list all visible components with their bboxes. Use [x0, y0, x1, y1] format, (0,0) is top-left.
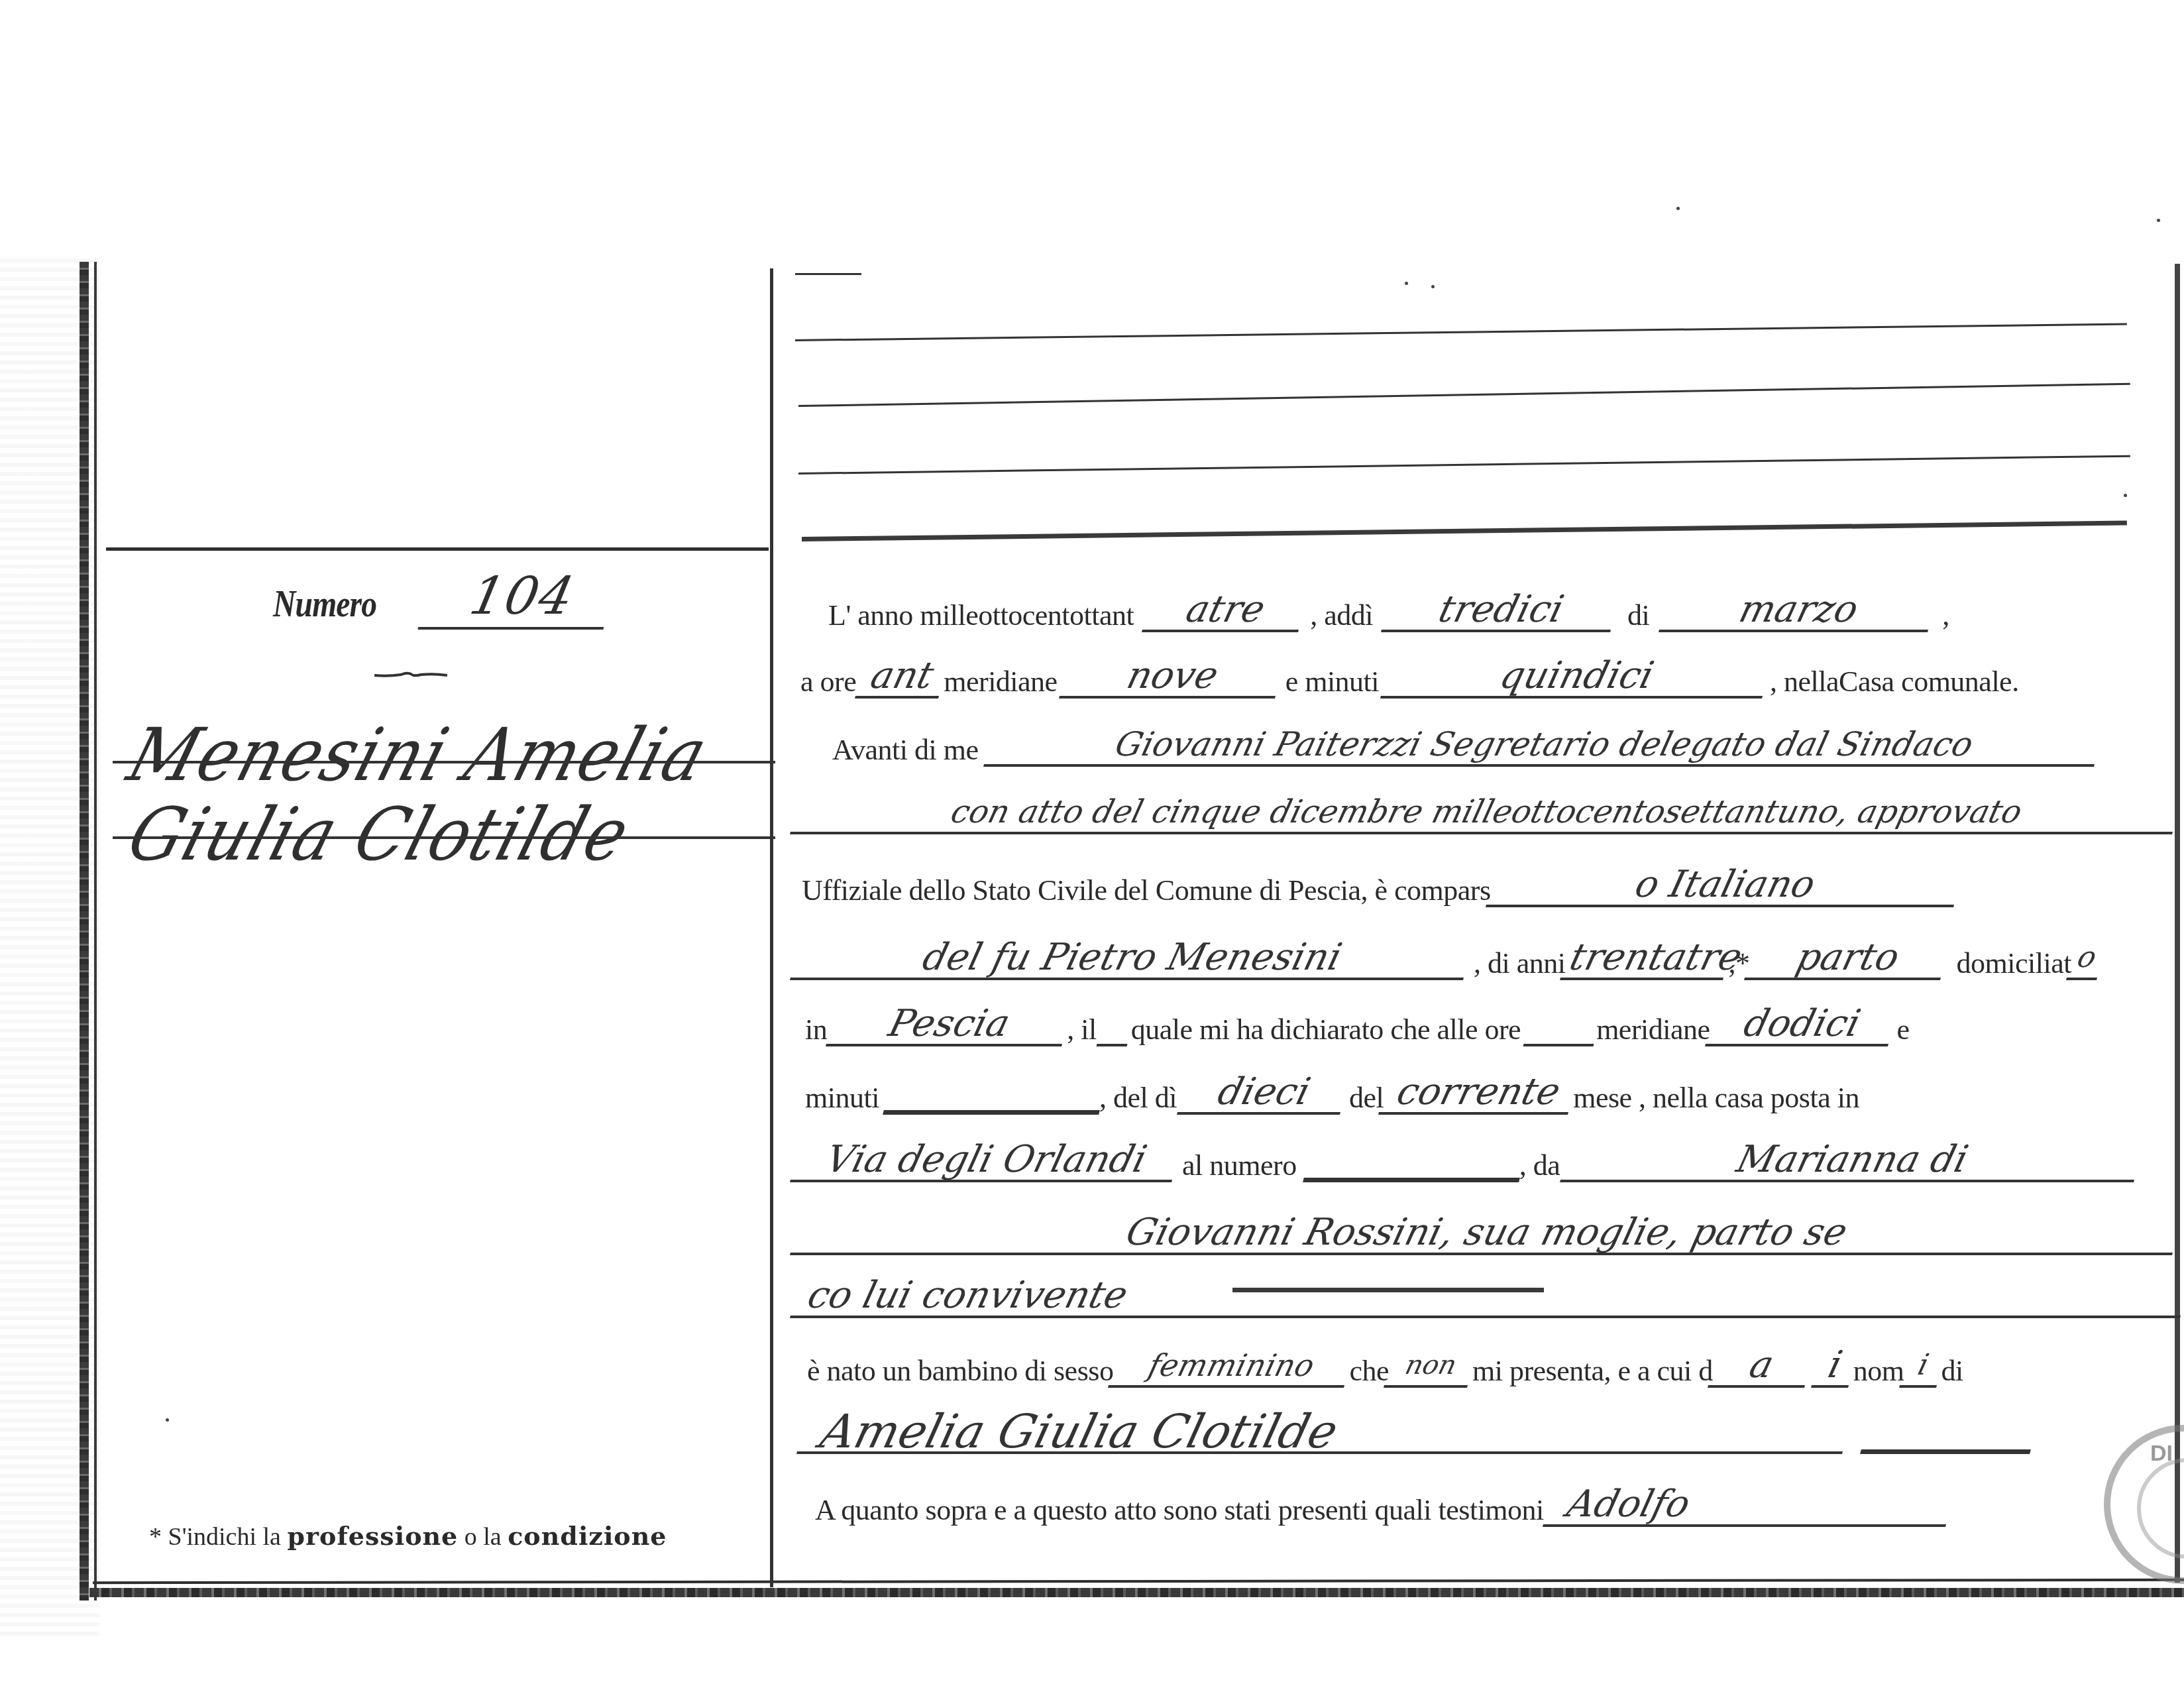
printed-text: del [1349, 1081, 1384, 1115]
field-profession: parto [1745, 938, 1951, 980]
field-birth-day: dieci [1177, 1072, 1350, 1115]
field-article: a [1708, 1345, 1815, 1388]
printed-text: , [1942, 598, 1949, 632]
scan-speck [1676, 207, 1680, 210]
printed-text: a ore [800, 665, 856, 699]
printed-text: mi presenta, e a cui d [1472, 1354, 1713, 1388]
body-line-7: in Pescia , il quale mi ha dichiarato ch… [805, 1004, 1910, 1046]
footnote-condizione: condizione [508, 1521, 667, 1551]
body-line-11: co lui convivente [795, 1276, 2184, 1318]
left-panel-top-rule [106, 547, 769, 551]
printed-text: Avanti di me [832, 733, 978, 767]
blank-field [1860, 1449, 2031, 1454]
scan-speck [1431, 285, 1435, 288]
field-sex: femminino [1108, 1345, 1354, 1388]
body-line-12: è nato un bambino di sesso femminino che… [807, 1345, 1963, 1388]
field-house-number [1303, 1178, 1520, 1182]
scan-speck [1405, 282, 1408, 285]
printed-text: , del dì [1099, 1081, 1177, 1115]
body-line-14: A quanto sopra e a questo atto sono stat… [815, 1485, 1951, 1527]
body-line-6: del fu Pietro Menesini , di anni trentat… [795, 938, 2102, 980]
body-line-1: L' anno milleottocentottant atre , addì … [828, 590, 1949, 632]
printed-text: quale mi ha dichiarato che alle ore [1131, 1013, 1521, 1046]
field-birth-hour: dodici [1705, 1004, 1898, 1046]
border-rule-left [94, 262, 97, 1601]
body-line-3: Avanti di me Giovanni Paiterzzi Segretar… [832, 724, 2099, 767]
printed-text: Uffiziale dello Stato Civile del Comune … [802, 873, 1491, 907]
printed-text: meridiane [1596, 1013, 1710, 1046]
body-line-10: Giovanni Rossini, sua moglie, parto se [795, 1213, 2177, 1255]
printed-text: , addì [1310, 598, 1373, 632]
name-underline [113, 836, 775, 839]
ruled-line [798, 455, 2130, 475]
body-line-8: minuti , del dì dieci del corrente mese … [805, 1072, 1859, 1115]
body-line-4: con atto del cinque dicembre milleottoce… [795, 792, 2177, 834]
printed-text: , da [1519, 1149, 1560, 1182]
printed-text: e minuti [1285, 665, 1379, 699]
printed-text: mese , nella casa posta in [1573, 1081, 1859, 1115]
printed-text: che [1349, 1354, 1389, 1388]
field-birth-month: corrente [1378, 1072, 1578, 1115]
ruled-line [795, 273, 861, 275]
flourish-ornament [374, 671, 447, 678]
footnote-text: o la [458, 1523, 508, 1551]
field-residence: Pescia [826, 1004, 1072, 1046]
printed-text: L' anno milleottocentottant [828, 598, 1134, 632]
ruled-line [795, 323, 2127, 341]
blank-strike [1232, 1288, 1544, 1292]
field-day: tredici [1381, 590, 1621, 632]
field-gender-suffix: o [2066, 938, 2107, 980]
name-underline [113, 761, 775, 763]
printed-text: , nellaCasa comunale. [1770, 665, 2019, 699]
field-witness: Adolfo [1543, 1485, 1956, 1527]
body-line-13: Amelia Giulia Clotilde [802, 1412, 2030, 1454]
body-line-5: Uffiziale dello Stato Civile del Comune … [802, 865, 1959, 907]
printed-text: , di anni [1474, 946, 1565, 980]
field-year-suffix: atre [1142, 590, 1309, 632]
field-declarant-nationality: o Italiano [1486, 865, 1964, 907]
border-rule-bottom [93, 1579, 2184, 1584]
field-hour: nove [1059, 656, 1285, 699]
footnote-text: * S'indichi la [149, 1523, 287, 1551]
printed-text: meridiane [944, 665, 1057, 699]
printed-text: , il [1067, 1013, 1096, 1046]
footnote: * S'indichi la professione o la condizio… [149, 1521, 667, 1551]
column-divider [770, 268, 773, 1587]
body-line-2: a ore ant meridiane nove e minuti quindi… [800, 656, 2019, 699]
border-rule-right [2175, 264, 2180, 1583]
subject-name-line2: Giulia Clotilde [119, 792, 639, 877]
field-name-suffix: i [1899, 1345, 1947, 1388]
footnote-professione: professione [287, 1521, 458, 1551]
blank-field [1096, 1044, 1127, 1046]
seal-text: DI [2150, 1441, 2173, 1467]
municipal-seal: DI [2104, 1425, 2184, 1584]
field-street: Via degli Orlandi [790, 1140, 1182, 1182]
numero-value: 104 [417, 570, 616, 630]
printed-text: al numero [1182, 1149, 1297, 1182]
printed-text: domiciliat [1956, 946, 2071, 980]
printed-text: e [1897, 1013, 1910, 1046]
field-officer: Giovanni Paiterzzi Segretario delegato d… [983, 724, 2104, 767]
field-presented: non [1384, 1345, 1478, 1388]
field-birth-minutes [883, 1110, 1100, 1115]
field-article-plural: i [1811, 1345, 1859, 1388]
field-age: trentatre [1560, 938, 1734, 980]
subject-name-line1: Menesini Amelia [119, 712, 717, 797]
decorative-border-bottom [89, 1588, 2184, 1597]
body-line-9: Via degli Orlandi al numero , da Mariann… [795, 1140, 2139, 1182]
field-ant-pom: ant [855, 656, 949, 699]
field-minutes: quindici [1380, 656, 1773, 699]
field-delegation: con atto del cinque dicembre milleottoce… [790, 792, 2183, 834]
printed-text: di [1941, 1354, 1963, 1388]
scan-speck [166, 1418, 169, 1422]
ruled-line-heavy [802, 521, 2127, 541]
field-declarant-name: del fu Pietro Menesini [790, 938, 1474, 980]
seal-inner-ring [2137, 1458, 2184, 1559]
decorative-border-left [80, 262, 89, 1601]
scan-speck [2157, 219, 2160, 222]
field-month: marzo [1659, 590, 1938, 632]
printed-text: minuti [805, 1081, 879, 1115]
printed-text: è nato un bambino di sesso [807, 1354, 1113, 1388]
printed-text: di [1627, 598, 1649, 632]
blank-field [1523, 1044, 1594, 1046]
field-child-names: Amelia Giulia Clotilde [796, 1412, 1853, 1454]
scan-speck [2124, 494, 2127, 497]
printed-text: in [805, 1013, 827, 1046]
field-cohabitation: co lui convivente [790, 1276, 2184, 1318]
field-mother-details: Giovanni Rossini, sua moglie, parto se [790, 1213, 2183, 1255]
printed-text: nom [1853, 1354, 1904, 1388]
ruled-line [798, 383, 2130, 407]
printed-text: A quanto sopra e a questo atto sono stat… [815, 1493, 1544, 1527]
field-mother-name: Marianna di [1560, 1140, 2144, 1182]
numero-label: Numero [273, 583, 376, 626]
